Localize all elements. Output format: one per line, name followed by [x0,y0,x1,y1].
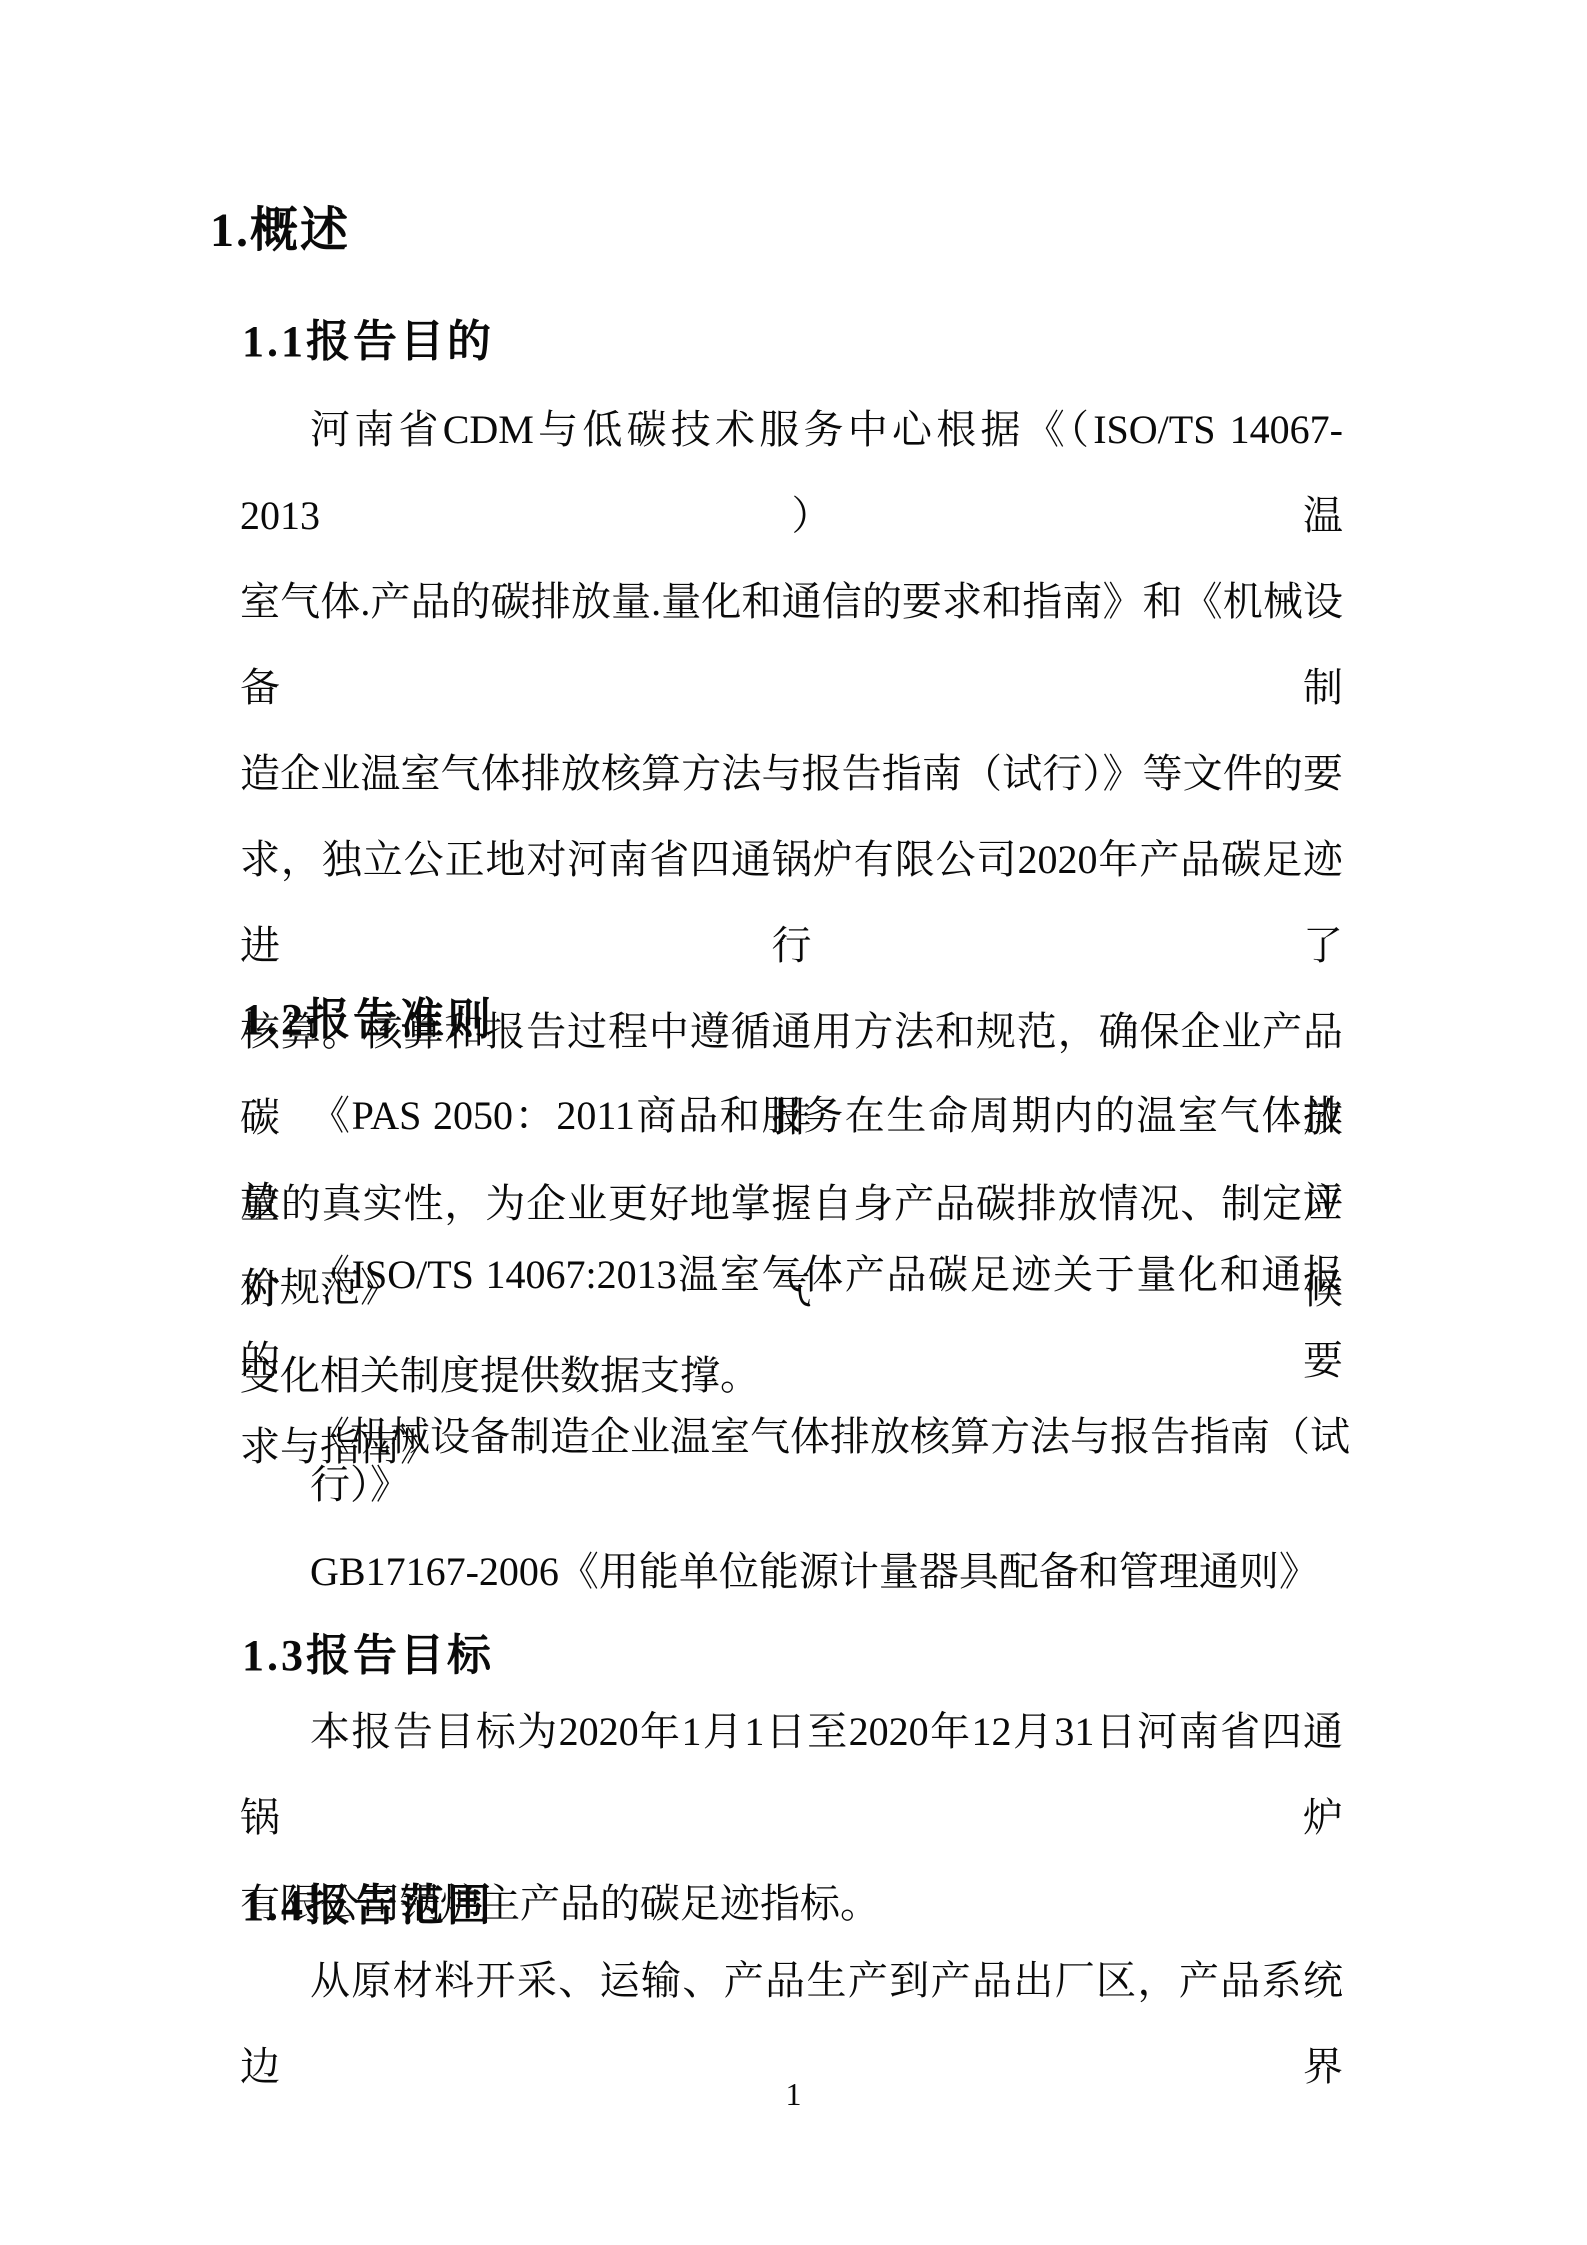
paragraph-standard-gb17167: GB17167-2006《用能单位能源计量器具配备和管理通则》 [240,1529,1343,1615]
section-heading-report-scope: 1.4报告范围 [242,1884,494,1928]
text-line: 《ISO/TS 14067:2013温室气体产品碳足迹关于量化和通报的要 [240,1232,1343,1404]
text-line: 本报告目标为2020年1月1日至2020年12月31日河南省四通锅炉 [240,1689,1343,1861]
text-line: 行）》 [240,1461,1343,1509]
text-line: 河南省CDM与低碳技术服务中心根据《（ISO/TS 14067-2013）温 [240,387,1343,559]
text-line: 《PAS 2050：2011商品和服务在生命周期内的温室气体排放评 [240,1073,1343,1245]
section-heading-report-criteria: 1.2报告准则 [242,998,494,1042]
chapter-heading: 1.概述 [210,205,350,258]
section-heading-report-purpose: 1.1报告目的 [242,320,494,364]
section-heading-report-target: 1.3报告目标 [242,1634,494,1678]
paragraph-standard-machinery-guide: 《机械设备制造企业温室气体排放核算方法与报告指南（试行）》 [240,1413,1343,1509]
text-line: GB17167-2006《用能单位能源计量器具配备和管理通则》 [240,1529,1343,1615]
document-page: 1.概述 1.1报告目的 河南省CDM与低碳技术服务中心根据《（ISO/TS 1… [0,0,1587,2245]
page-number: 1 [0,2078,1587,2110]
text-line: 求，独立公正地对河南省四通锅炉有限公司2020年产品碳足迹进行了 [240,817,1343,989]
text-line: 《机械设备制造企业温室气体排放核算方法与报告指南（试 [240,1413,1343,1461]
text-line: 室气体.产品的碳排放量.量化和通信的要求和指南》和《机械设备制 [240,559,1343,731]
text-line: 造企业温室气体排放核算方法与报告指南（试行）》等文件的要 [240,731,1343,817]
